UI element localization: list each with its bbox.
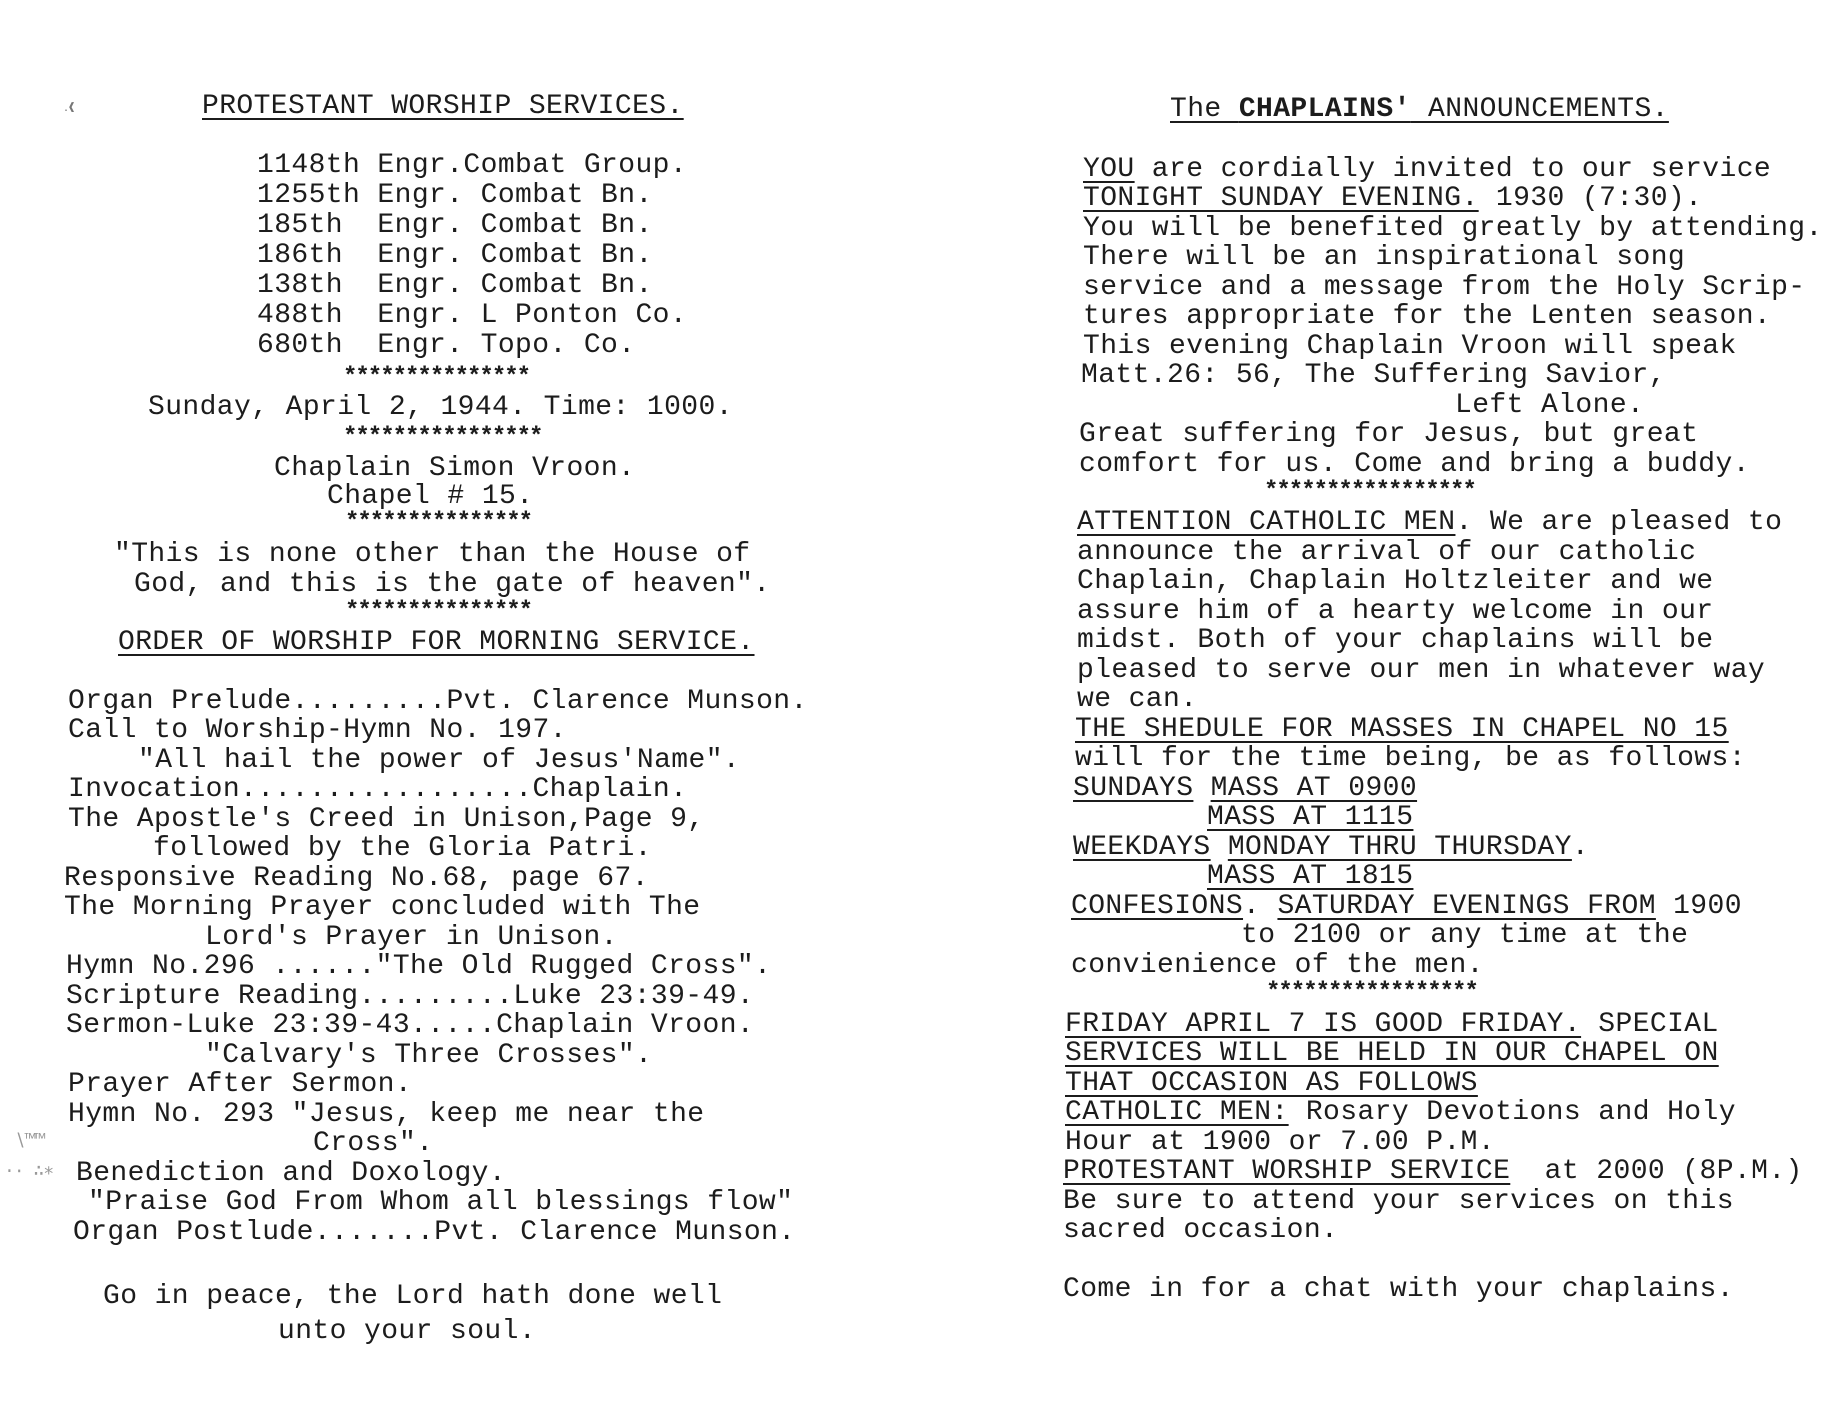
- order-item: "All hail the power of Jesus'Name".: [138, 746, 740, 776]
- good-friday-text: SPECIAL: [1581, 1009, 1719, 1040]
- sunday-mass-time: MASS AT 0900: [1211, 773, 1417, 804]
- order-item: Lord's Prayer in Unison.: [205, 923, 618, 953]
- sundays-label: SUNDAYS: [1073, 773, 1193, 804]
- invite-tonight: TONIGHT SUNDAY EVENING.: [1083, 183, 1479, 214]
- protestant-service-time: at 2000 (8P.M.): [1510, 1156, 1802, 1187]
- separator-stars: ***************: [345, 508, 531, 538]
- order-item: Prayer After Sermon.: [68, 1070, 412, 1100]
- separator-stars: *****************: [1264, 477, 1475, 507]
- punctuation: .: [1243, 891, 1277, 922]
- good-friday-catholic: CATHOLIC MEN: Rosary Devotions and Holy: [1065, 1098, 1736, 1128]
- confessions-start: 1900: [1656, 891, 1742, 922]
- schedule-sundays: SUNDAYS MASS AT 0900: [1073, 774, 1417, 804]
- invite-line: YOU are cordially invited to our service: [1083, 155, 1771, 185]
- weekday-mass-time: MASS AT 1815: [1207, 862, 1413, 892]
- schedule-confessions: CONFESIONS. SATURDAY EVENINGS FROM 1900: [1071, 892, 1742, 922]
- unit-item: 1148th Engr.Combat Group.: [257, 151, 687, 181]
- left-page-protestant-services: ․❰ ∖™™ ·∙ ∴∗ PROTESTANT WORSHIP SERVICES…: [0, 0, 900, 1402]
- attention-catholic-men: ATTENTION CATHOLIC MEN: [1077, 507, 1455, 538]
- good-friday-date: FRIDAY APRIL 7 IS GOOD FRIDAY.: [1065, 1009, 1581, 1040]
- order-item: followed by the Gloria Patri.: [153, 834, 652, 864]
- quote-line: "This is none other than the House of: [114, 540, 751, 570]
- page-title: PROTESTANT WORSHIP SERVICES.: [202, 92, 684, 122]
- catholic-men-label: CATHOLIC MEN:: [1065, 1097, 1289, 1128]
- catholic-service-text: Rosary Devotions and Holy: [1289, 1097, 1736, 1128]
- sunday-mass-time: MASS AT 1115: [1207, 803, 1413, 833]
- catholic-text: . We are pleased to: [1455, 507, 1782, 538]
- good-friday-protestant: PROTESTANT WORSHIP SERVICE at 2000 (8P.M…: [1063, 1157, 1803, 1187]
- order-item: The Morning Prayer concluded with The: [64, 893, 701, 923]
- catholic-line: pleased to serve our men in whatever way: [1077, 656, 1765, 686]
- invite-you: YOU: [1083, 154, 1135, 185]
- unit-item: 488th Engr. L Ponton Co.: [257, 301, 687, 331]
- invite-line: This evening Chaplain Vroon will speak: [1083, 332, 1737, 362]
- punctuation: .: [1572, 832, 1589, 863]
- weekdays-label: WEEKDAYS: [1073, 832, 1211, 863]
- invite-line: comfort for us. Come and bring a buddy.: [1079, 450, 1750, 480]
- schedule-intro: will for the time being, be as follows:: [1075, 744, 1746, 774]
- order-item: Benediction and Doxology.: [76, 1159, 506, 1189]
- invite-line: Great suffering for Jesus, but great: [1079, 420, 1698, 450]
- good-friday-line: Be sure to attend your services on this: [1063, 1187, 1734, 1217]
- title-bold: CHAPLAINS': [1239, 94, 1411, 125]
- invite-line: Left Alone.: [1455, 391, 1644, 421]
- good-friday-line: SERVICES WILL BE HELD IN OUR CHAPEL ON: [1065, 1039, 1719, 1069]
- confessions-line: convienience of the men.: [1071, 951, 1484, 981]
- catholic-line: Chaplain, Chaplain Holtzleiter and we: [1077, 567, 1714, 597]
- weekdays-days: MONDAY THRU THURSDAY: [1228, 832, 1572, 863]
- order-item: Responsive Reading No.68, page 67.: [64, 864, 649, 894]
- catholic-line: announce the arrival of our catholic: [1077, 538, 1696, 568]
- order-item: Invocation.................Chaplain.: [68, 775, 687, 805]
- good-friday-line: sacred occasion.: [1063, 1216, 1338, 1246]
- invite-line: Matt.26: 56, The Suffering Savior,: [1081, 361, 1666, 391]
- order-item: The Apostle's Creed in Unison,Page 9,: [68, 805, 705, 835]
- order-item: Cross".: [313, 1129, 433, 1159]
- good-friday-line: THAT OCCASION AS FOLLOWS: [1065, 1069, 1478, 1099]
- order-item: Organ Prelude.........Pvt. Clarence Muns…: [68, 687, 808, 717]
- order-of-worship-heading: ORDER OF WORSHIP FOR MORNING SERVICE.: [118, 628, 755, 658]
- right-page-chaplains-announcements: The CHAPLAINS' ANNOUNCEMENTS. YOU are co…: [900, 0, 1827, 1402]
- order-item: "Calvary's Three Crosses".: [205, 1041, 652, 1071]
- closing-blessing: unto your soul.: [278, 1317, 536, 1347]
- order-item: Call to Worship-Hymn No. 197.: [68, 716, 567, 746]
- order-item: Sermon-Luke 23:39-43.....Chaplain Vroon.: [66, 1011, 754, 1041]
- separator-stars: ***************: [345, 597, 531, 627]
- chaplain-name: Chaplain Simon Vroon.: [274, 454, 635, 484]
- order-item: "Praise God From Whom all blessings flow…: [88, 1188, 793, 1218]
- margin-smudge: ∖™™: [14, 1130, 44, 1152]
- separator-stars: *****************: [1266, 978, 1477, 1008]
- invite-line: tures appropriate for the Lenten season.: [1083, 302, 1771, 332]
- catholic-line: we can.: [1077, 685, 1197, 715]
- unit-item: 680th Engr. Topo. Co.: [257, 331, 635, 361]
- quote-line: God, and this is the gate of heaven".: [134, 570, 771, 600]
- page-title: The CHAPLAINS' ANNOUNCEMENTS.: [1170, 95, 1669, 125]
- invite-line: TONIGHT SUNDAY EVENING. 1930 (7:30).: [1083, 184, 1702, 214]
- invite-text: are cordially invited to our service: [1135, 154, 1772, 185]
- order-item: Organ Postlude.......Pvt. Clarence Munso…: [73, 1218, 796, 1248]
- margin-smudge: ·∙ ∴∗: [4, 1160, 53, 1182]
- good-friday-line: Hour at 1900 or 7.00 P.M.: [1065, 1128, 1495, 1158]
- separator-stars: ***************: [343, 363, 529, 393]
- margin-mark: ․❰: [64, 100, 75, 115]
- schedule-heading: THE SHEDULE FOR MASSES IN CHAPEL NO 15: [1075, 715, 1729, 745]
- separator-stars: ****************: [343, 423, 541, 453]
- closing-invitation: Come in for a chat with your chaplains.: [1063, 1275, 1734, 1305]
- order-item: Scripture Reading.........Luke 23:39-49.: [66, 982, 754, 1012]
- confessions-label: CONFESIONS: [1071, 891, 1243, 922]
- good-friday-line: FRIDAY APRIL 7 IS GOOD FRIDAY. SPECIAL: [1065, 1010, 1719, 1040]
- unit-item: 138th Engr. Combat Bn.: [257, 271, 653, 301]
- invite-line: You will be benefited greatly by attendi…: [1083, 214, 1823, 244]
- title-prefix: The: [1170, 94, 1239, 125]
- confessions-line: to 2100 or any time at the: [1241, 921, 1688, 951]
- schedule-weekdays: WEEKDAYS MONDAY THRU THURSDAY.: [1073, 833, 1589, 863]
- unit-item: 185th Engr. Combat Bn.: [257, 211, 653, 241]
- invite-line: There will be an inspirational song: [1083, 243, 1685, 273]
- service-date-time: Sunday, April 2, 1944. Time: 1000.: [148, 393, 733, 423]
- title-suffix: ANNOUNCEMENTS.: [1411, 94, 1669, 125]
- unit-item: 1255th Engr. Combat Bn.: [257, 181, 653, 211]
- confessions-when: SATURDAY EVENINGS FROM: [1277, 891, 1655, 922]
- order-item: Hymn No.296 ......"The Old Rugged Cross"…: [66, 952, 771, 982]
- catholic-line: assure him of a hearty welcome in our: [1077, 597, 1714, 627]
- order-item: Hymn No. 293 "Jesus, keep me near the: [68, 1100, 705, 1130]
- closing-blessing: Go in peace, the Lord hath done well: [103, 1282, 722, 1312]
- catholic-line: ATTENTION CATHOLIC MEN. We are pleased t…: [1077, 508, 1782, 538]
- invite-line: service and a message from the Holy Scri…: [1083, 273, 1806, 303]
- catholic-line: midst. Both of your chaplains will be: [1077, 626, 1714, 656]
- protestant-service-label: PROTESTANT WORSHIP SERVICE: [1063, 1156, 1510, 1187]
- unit-item: 186th Engr. Combat Bn.: [257, 241, 653, 271]
- invite-time: 1930 (7:30).: [1479, 183, 1703, 214]
